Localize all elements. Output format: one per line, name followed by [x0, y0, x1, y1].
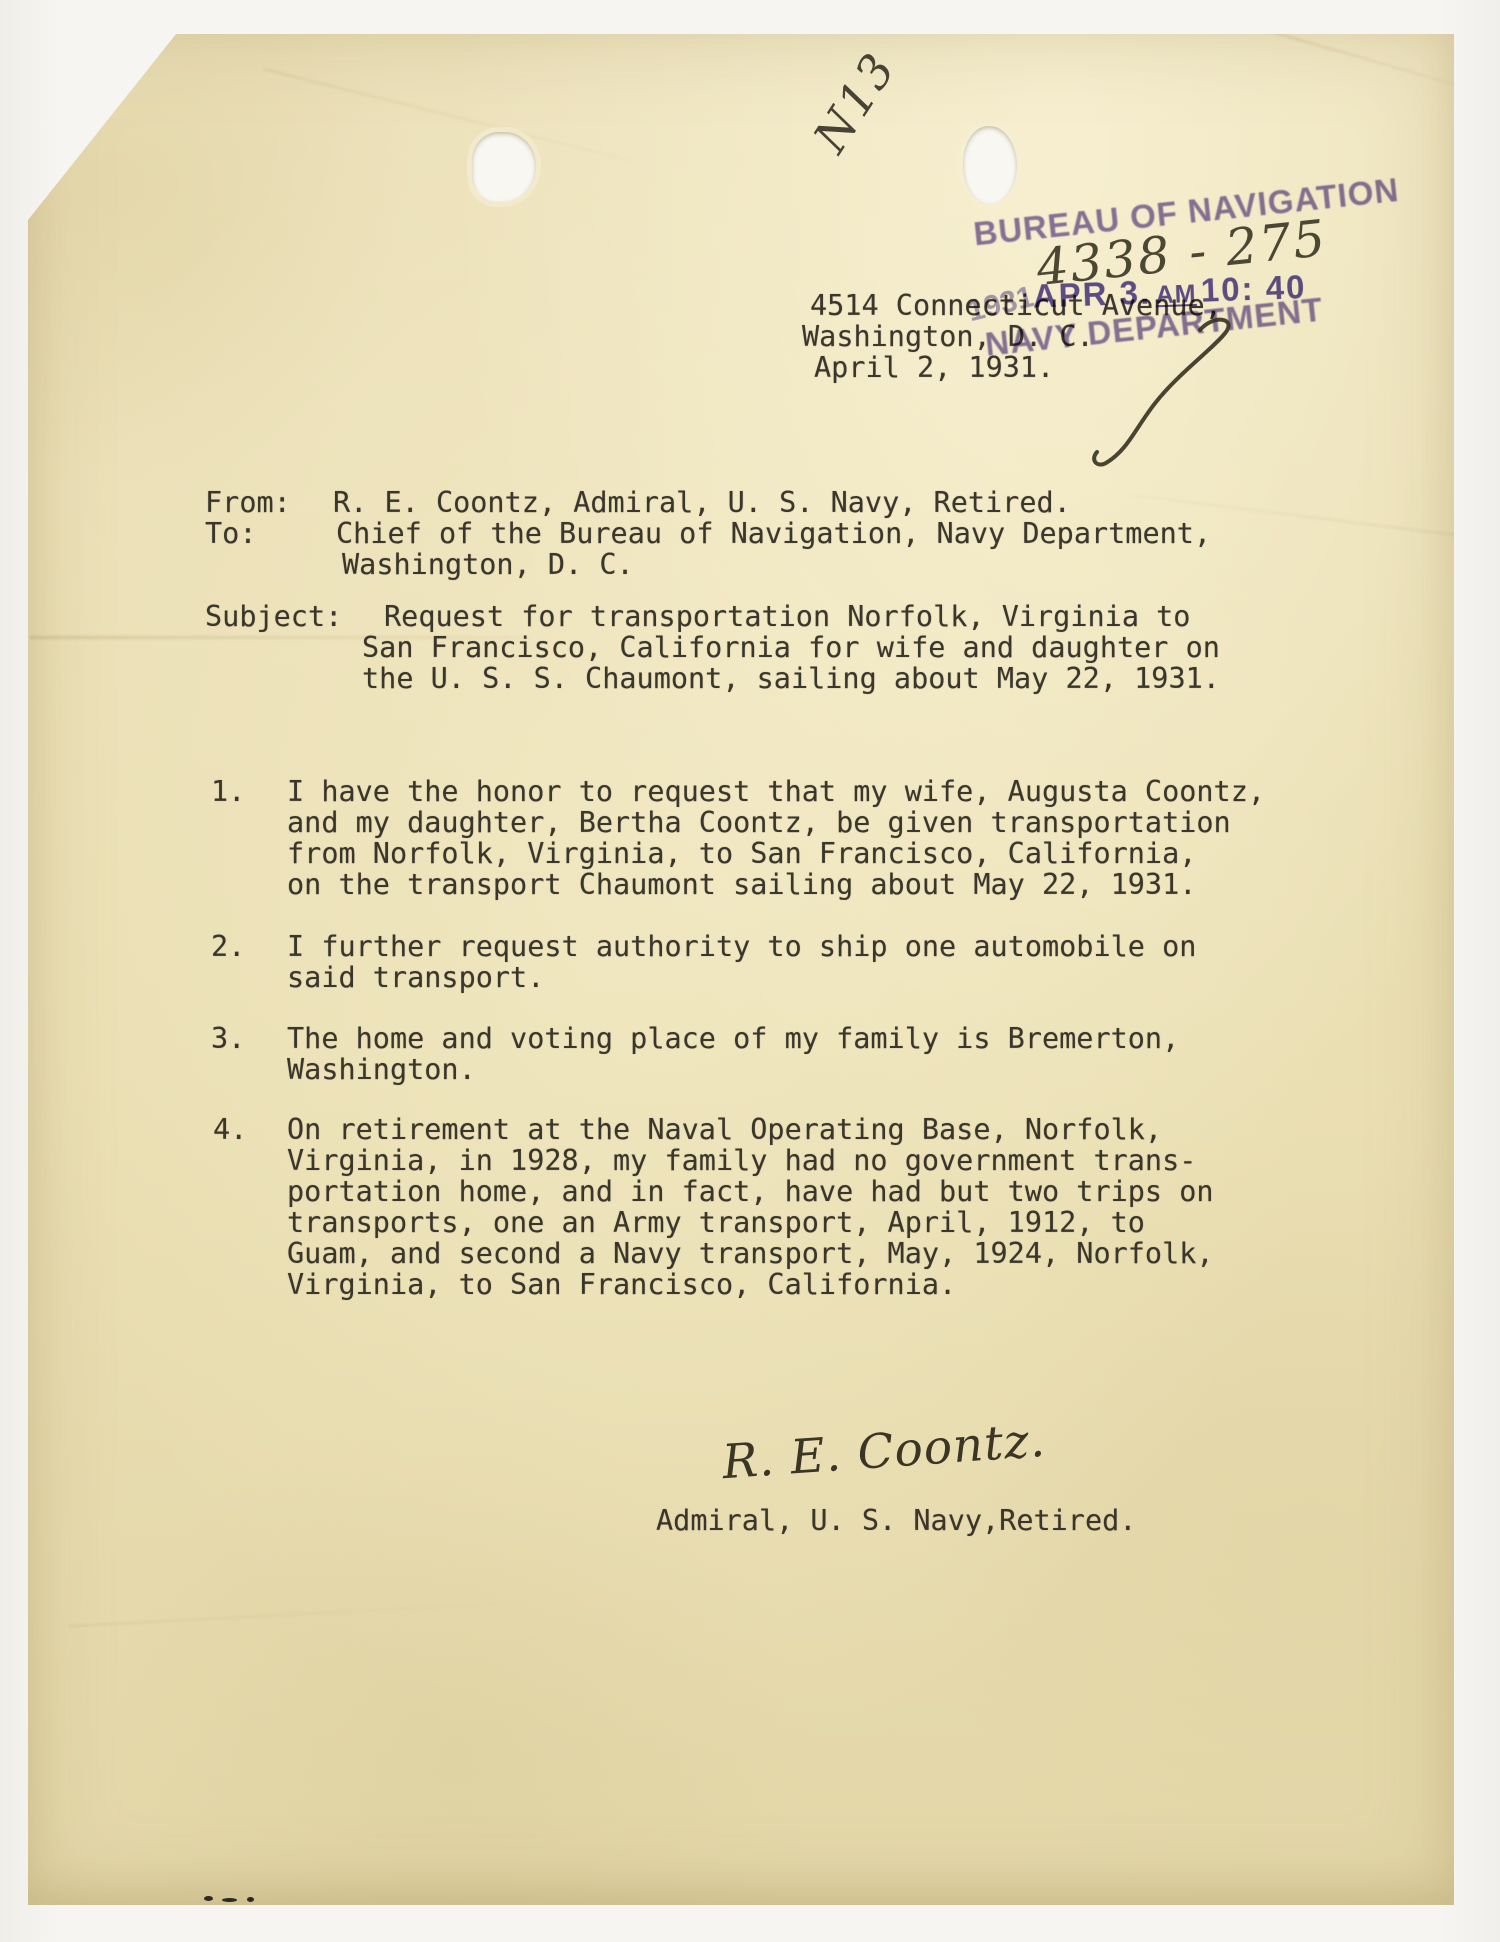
- paragraph-line: Virginia, in 1928, my family had no gove…: [287, 1145, 1196, 1176]
- date-stamp-time: 10: 40: [1200, 268, 1307, 309]
- handwritten-routing-number: N13: [803, 42, 907, 162]
- paragraph-line: on the transport Chaumont sailing about …: [287, 869, 1196, 900]
- edge-speck: [247, 1897, 254, 1902]
- paragraph-line: Washington.: [287, 1054, 476, 1085]
- date-stamp-meridiem: AM: [1155, 280, 1197, 309]
- subject-line1: Request for transportation Norfolk, Virg…: [384, 601, 1190, 632]
- paragraph-line: I have the honor to request that my wife…: [287, 776, 1265, 807]
- to-label: To:: [205, 518, 256, 549]
- from-label: From:: [205, 487, 291, 518]
- folded-corner: [19, 0, 195, 181]
- edge-speck: [222, 1898, 237, 1902]
- paragraph-line: I further request authority to ship one …: [287, 931, 1196, 962]
- from-value: R. E. Coontz, Admiral, U. S. Navy, Retir…: [333, 487, 1071, 518]
- date-stamp-date: APR 3.: [1032, 273, 1152, 314]
- paragraph-number: 4.: [213, 1114, 247, 1145]
- subject-line3: the U. S. S. Chaumont, sailing about May…: [362, 663, 1220, 694]
- paragraph-line: Virginia, to San Francisco, California.: [287, 1269, 956, 1300]
- handwritten-signature: R. E. Coontz.: [720, 1413, 1047, 1490]
- to-value-line2: Washington, D. C.: [342, 549, 634, 580]
- paragraph-line: portation home, and in fact, have had bu…: [287, 1176, 1214, 1207]
- paragraph-line: from Norfolk, Virginia, to San Francisco…: [287, 838, 1196, 869]
- subject-line2: San Francisco, California for wife and d…: [362, 632, 1220, 663]
- paragraph-number: 1.: [211, 776, 245, 807]
- paragraph-number: 3.: [211, 1023, 245, 1054]
- handwritten-flourish-mark: [1060, 310, 1255, 485]
- paragraph-line: Guam, and second a Navy transport, May, …: [287, 1238, 1214, 1269]
- received-stamp-line1: BUREAU OF NAVIGATION: [972, 171, 1401, 252]
- subject-label: Subject:: [205, 601, 342, 632]
- paragraph-number: 2.: [211, 931, 245, 962]
- paragraph-line: said transport.: [287, 962, 544, 993]
- paragraph-line: The home and voting place of my family i…: [287, 1023, 1179, 1054]
- to-value-line1: Chief of the Bureau of Navigation, Navy …: [336, 518, 1211, 549]
- paragraph-line: and my daughter, Bertha Coontz, be given…: [287, 807, 1231, 838]
- paper-crease: [263, 68, 632, 162]
- punch-hole: [963, 126, 1017, 204]
- paragraph-line: On retirement at the Naval Operating Bas…: [287, 1114, 1162, 1145]
- paper-crease: [68, 1603, 498, 1628]
- letter-paper-sheet: N13 BUREAU OF NAVIGATION NAVY DEPARTMENT…: [28, 34, 1454, 1905]
- signature-typed-title: Admiral, U. S. Navy,Retired.: [656, 1505, 1136, 1536]
- scanned-letter-page: N13 BUREAU OF NAVIGATION NAVY DEPARTMENT…: [0, 0, 1500, 1942]
- punch-hole: [472, 132, 536, 202]
- paper-crease: [1227, 18, 1477, 92]
- paragraph-line: transports, one an Army transport, April…: [287, 1207, 1145, 1238]
- edge-speck: [204, 1896, 213, 1901]
